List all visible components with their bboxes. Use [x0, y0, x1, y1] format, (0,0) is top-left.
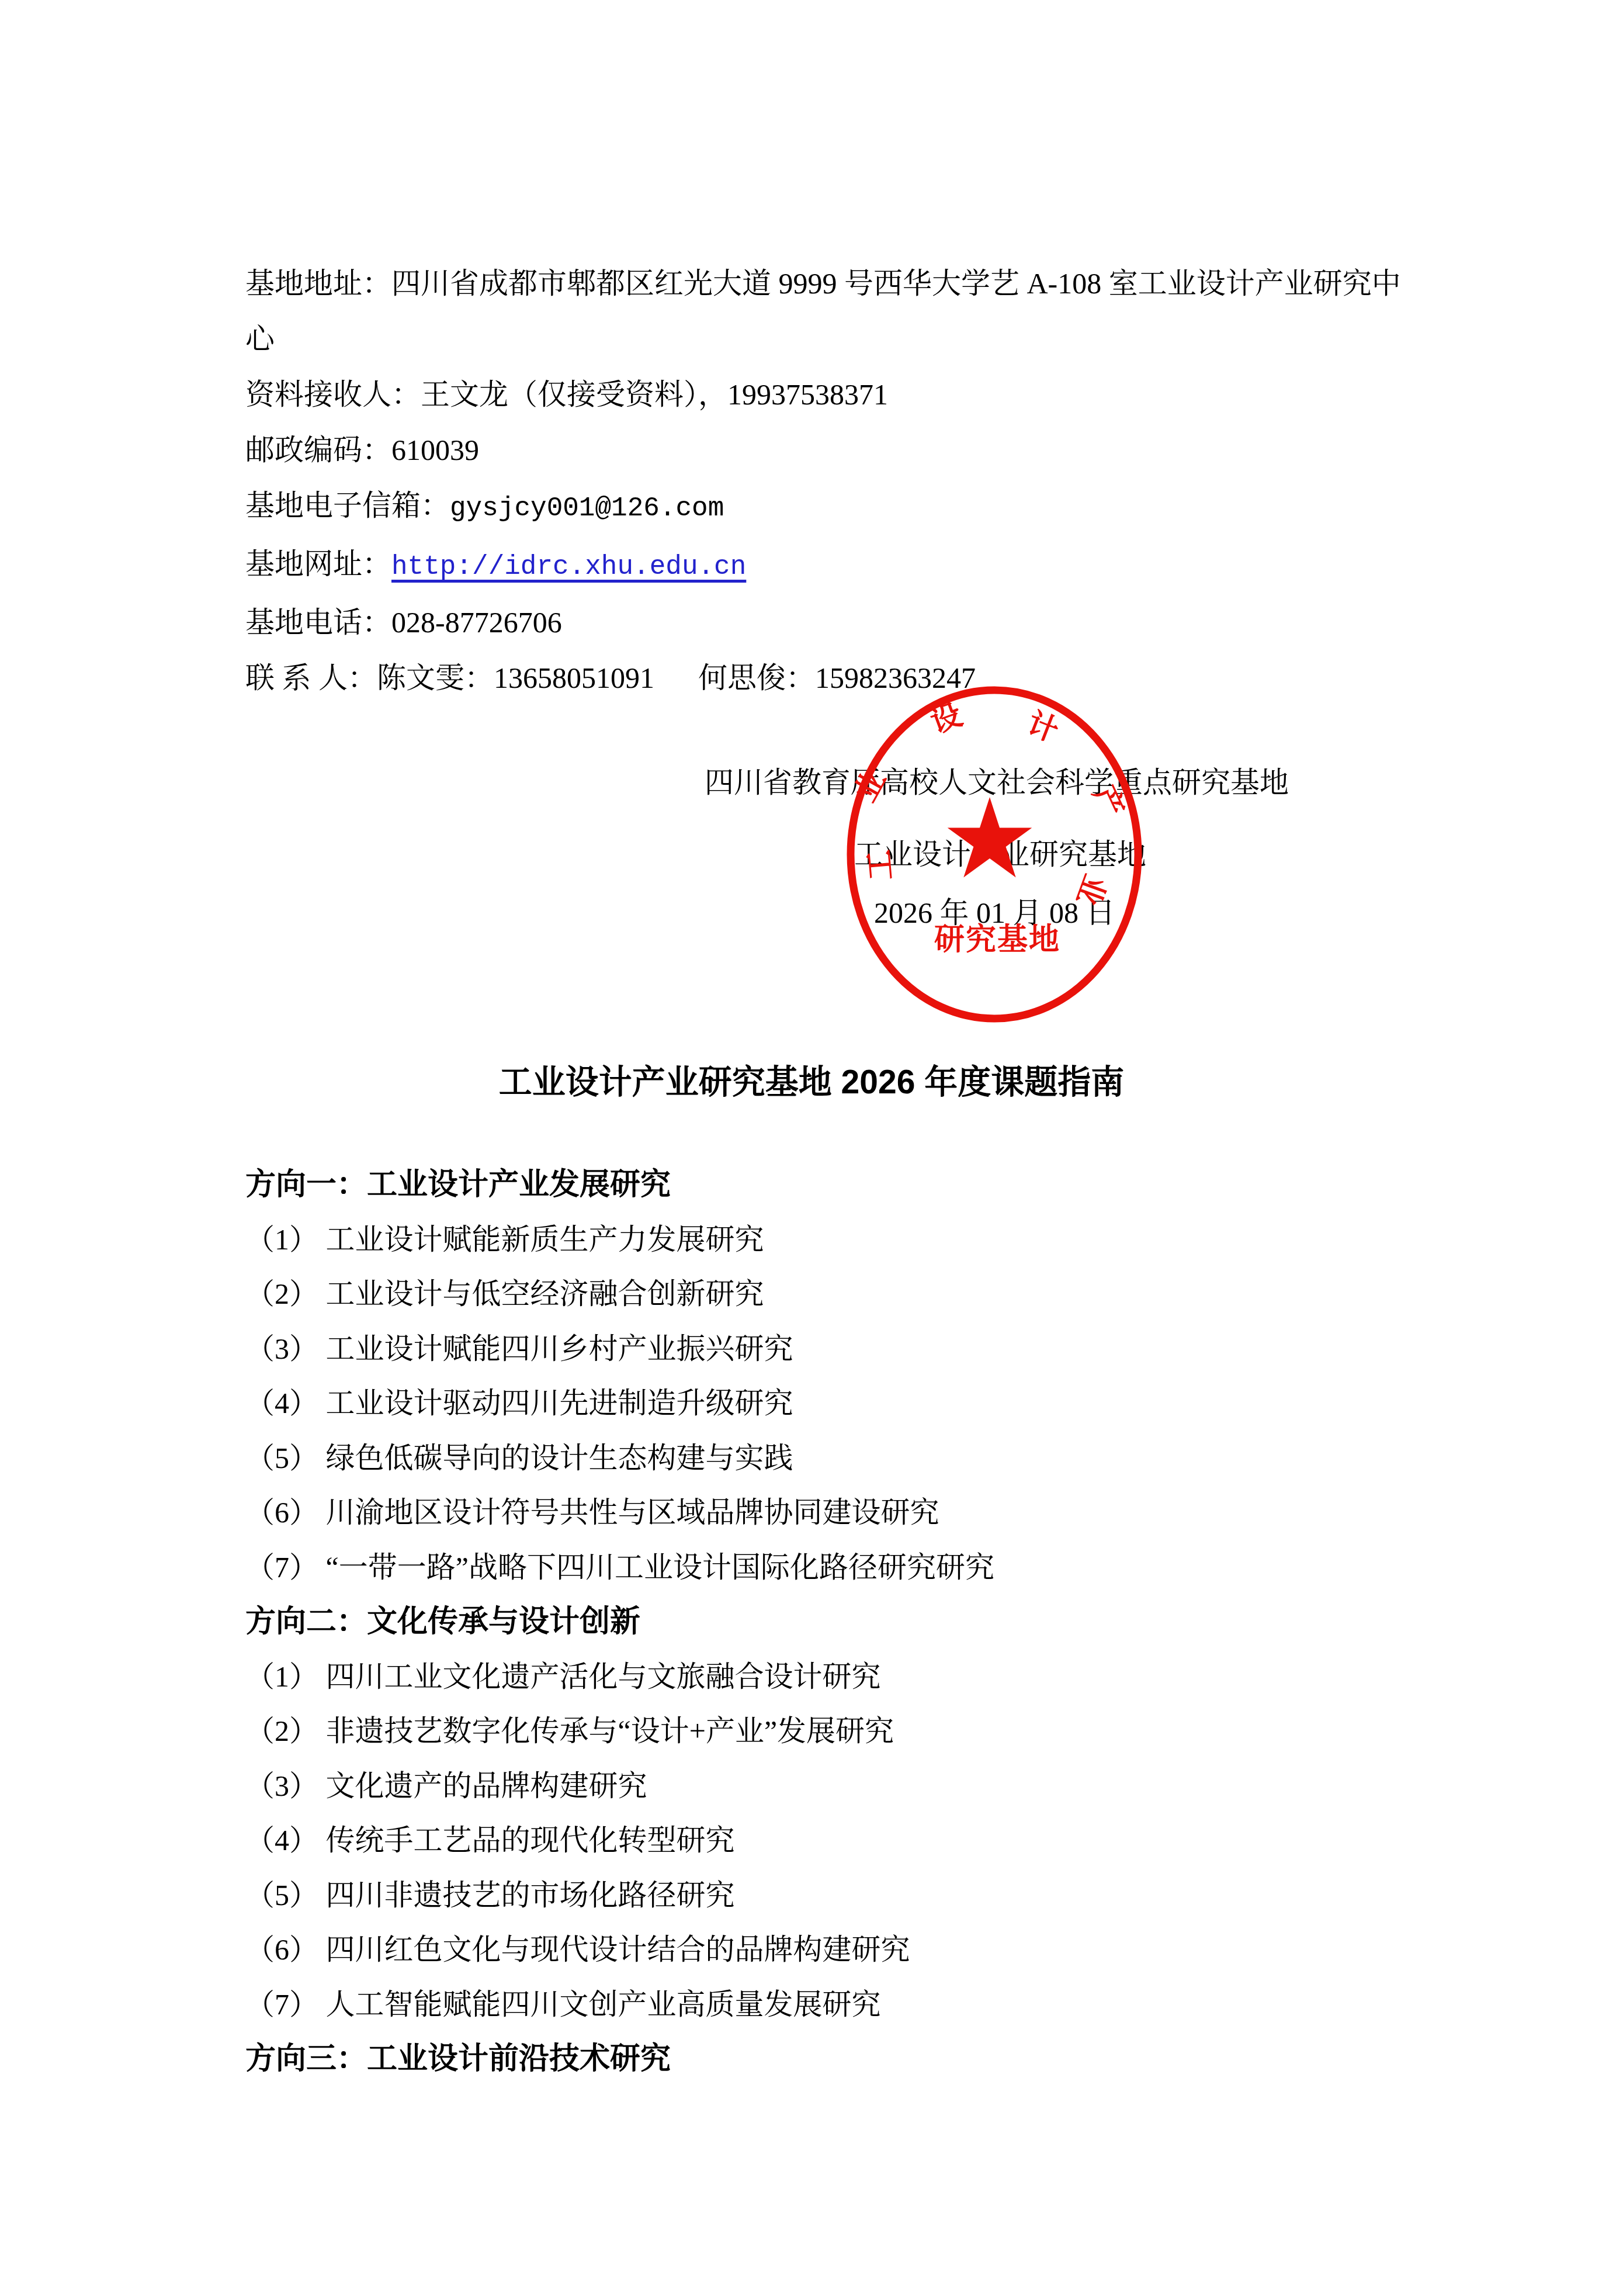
- direction-heading: 方向三：工业设计前沿技术研究: [245, 2032, 994, 2087]
- topic-item: （6） 四川红色文化与现代设计结合的品牌构建研究: [245, 1923, 994, 1978]
- contact-website-line: 基地网址：http://idrc.xhu.edu.cn: [245, 536, 1401, 595]
- contact-website-label: 基地网址：: [245, 548, 391, 580]
- contact-address-line-1: 基地地址：四川省成都市郫都区红光大道 9999 号西华大学艺 A-108 室工业…: [245, 256, 1401, 311]
- topic-outline: 方向一：工业设计产业发展研究 （1） 工业设计赋能新质生产力发展研究 （2） 工…: [245, 1158, 994, 2087]
- signature-org-line-1: 四川省教育厅高校人文社会科学重点研究基地: [705, 767, 1289, 799]
- contact-email-value: gysjcy001@126.com: [450, 493, 724, 524]
- direction-heading: 方向一：工业设计产业发展研究: [245, 1158, 994, 1213]
- topic-item: （1） 工业设计赋能新质生产力发展研究: [245, 1213, 994, 1268]
- topic-item: （4） 工业设计驱动四川先进制造升级研究: [245, 1376, 994, 1431]
- topic-item: （5） 绿色低碳导向的设计生态构建与实践: [245, 1431, 994, 1486]
- topic-item: （5） 四川非遗技艺的市场化路径研究: [245, 1868, 994, 1923]
- document-page: 基地地址：四川省成都市郫都区红光大道 9999 号西华大学艺 A-108 室工业…: [0, 0, 1623, 2296]
- topic-item: （3） 工业设计赋能四川乡村产业振兴研究: [245, 1322, 994, 1377]
- contact-postcode-line: 邮政编码：610039: [245, 423, 1401, 478]
- signature-date-line: 2026 年 01 月 08 日: [874, 897, 1115, 929]
- contact-address-line-2: 心: [245, 311, 1401, 367]
- contact-email-line: 基地电子信箱：gysjcy001@126.com: [245, 478, 1401, 536]
- contact-recipient-line: 资料接收人：王文龙（仅接受资料），19937538371: [245, 367, 1401, 423]
- topic-item: （2） 工业设计与低空经济融合创新研究: [245, 1267, 994, 1322]
- topic-item: （7） “一带一路”战略下四川工业设计国际化路径研究研究: [245, 1540, 994, 1595]
- topic-item: （3） 文化遗产的品牌构建研究: [245, 1759, 994, 1814]
- topic-item: （4） 传统手工艺品的现代化转型研究: [245, 1813, 994, 1868]
- contact-phone-line: 基地电话：028-87726706: [245, 595, 1401, 650]
- topic-item: （7） 人工智能赋能四川文创产业高质量发展研究: [245, 1978, 994, 2032]
- topic-item: （6） 川渝地区设计符号共性与区域品牌协同建设研究: [245, 1485, 994, 1540]
- contact-info-block: 基地地址：四川省成都市郫都区红光大道 9999 号西华大学艺 A-108 室工业…: [245, 256, 1401, 706]
- contact-persons-line: 联 系 人：陈文雯：13658051091 何思俊：15982363247: [245, 650, 1401, 706]
- contact-email-label: 基地电子信箱：: [245, 489, 450, 522]
- signature-org-line-2: 工业设计产业研究基地: [854, 839, 1146, 871]
- topic-item: （1） 四川工业文化遗产活化与文旅融合设计研究: [245, 1650, 994, 1705]
- direction-heading: 方向二：文化传承与设计创新: [245, 1595, 994, 1650]
- guide-title: 工业设计产业研究基地 2026 年度课题指南: [0, 1055, 1623, 1103]
- seal-rim-char-4: 计: [1022, 707, 1063, 749]
- base-website-link[interactable]: http://idrc.xhu.edu.cn: [391, 552, 746, 582]
- topic-item: （2） 非遗技艺数字化传承与“设计+产业”发展研究: [245, 1704, 994, 1759]
